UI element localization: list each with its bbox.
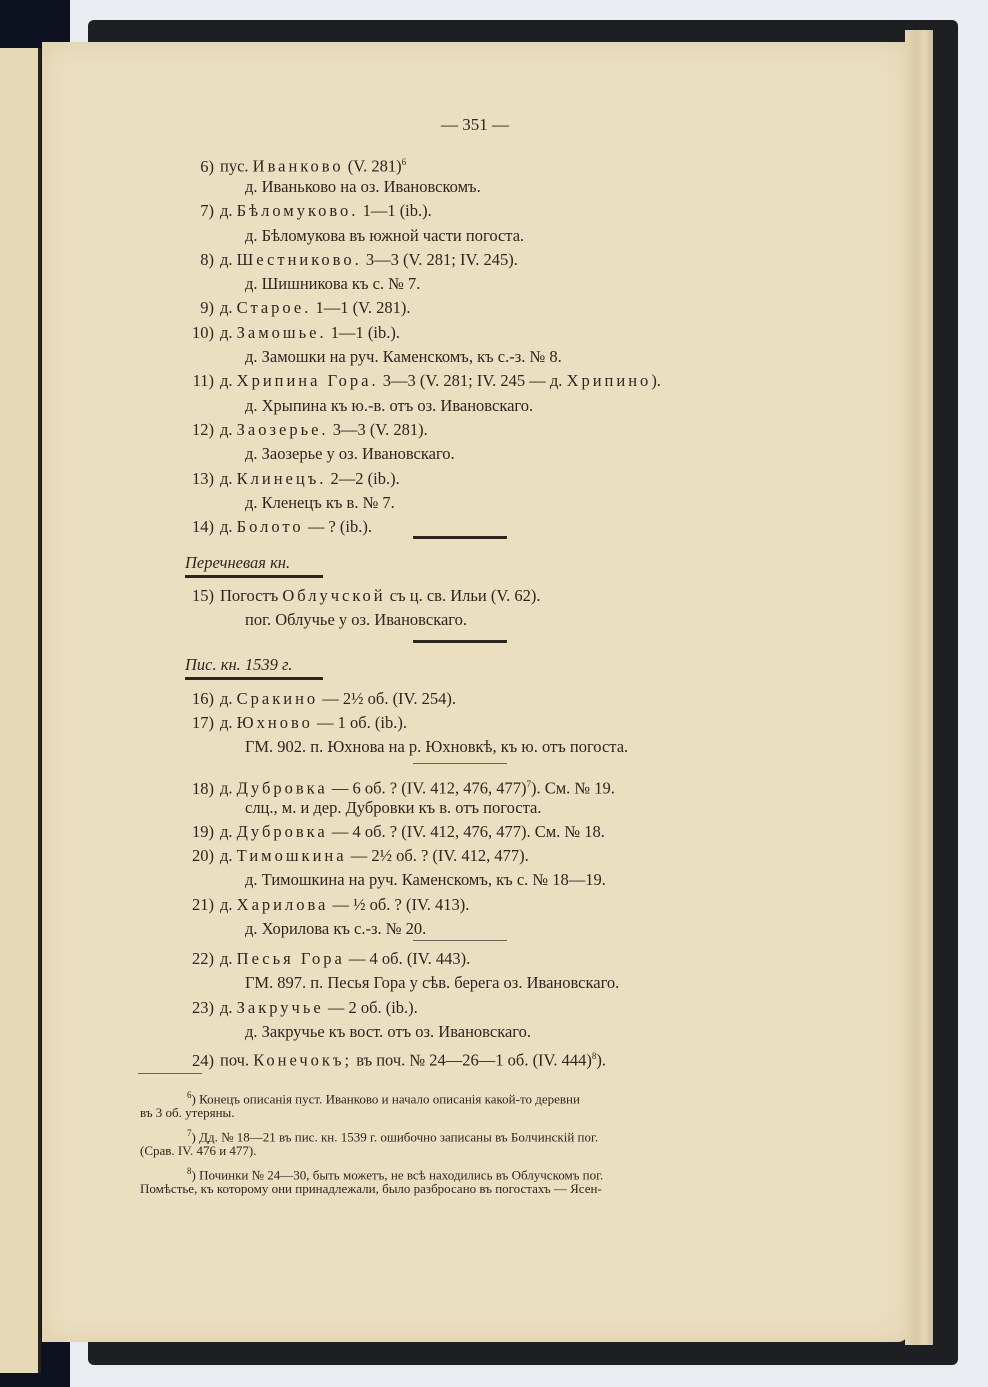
detail-text: д. Тимошкина на руч. Каменскомъ, къ с. №… xyxy=(245,870,606,889)
book-page: — 351 — 6)пус. Иванково (V. 281)6д. Иван… xyxy=(42,42,908,1342)
entry-number: 19) xyxy=(170,820,214,845)
place-name: Бѣломуково. xyxy=(237,201,359,220)
entry-line: 24)поч. Конечокъ; въ поч. № 24—26—1 об. … xyxy=(170,1044,606,1073)
entry-type: д. xyxy=(220,298,237,317)
entry-line: 15)Погостъ Облучской съ ц. св. Ильи (V. … xyxy=(170,584,540,609)
separator-rule xyxy=(413,536,507,539)
place-name: Дубровка xyxy=(237,822,328,841)
entry-ref: 3—3 (V. 281). xyxy=(329,420,428,439)
detail-text: д. Закручье къ вост. отъ оз. Ивановскаго… xyxy=(245,1022,531,1041)
entry-ref: — 1 об. (ib.). xyxy=(313,713,407,732)
entry-line: 14)д. Болото — ? (ib.). xyxy=(170,515,372,540)
entry-line: 19)д. Дубровка — 4 об. ? (IV. 412, 476, … xyxy=(170,820,605,845)
entry-number: 11) xyxy=(170,369,214,394)
entry-type: д. xyxy=(220,998,237,1017)
entry-ref: съ ц. св. Ильи (V. 62). xyxy=(386,586,541,605)
place-name: Клинецъ. xyxy=(237,469,327,488)
entry-detail: слц., м. и дер. Дубровки къ в. отъ погос… xyxy=(245,796,541,821)
entry-number: 12) xyxy=(170,418,214,443)
footnote-text: Конецъ описанія пуст. Иванково и начало … xyxy=(199,1091,580,1106)
entry-number: 21) xyxy=(170,893,214,918)
entry-number: 7) xyxy=(170,199,214,224)
entry-type: д. xyxy=(220,779,237,798)
entry-line: 8)д. Шестниково. 3—3 (V. 281; IV. 245). xyxy=(170,248,518,273)
entry-detail: д. Кленецъ къ в. № 7. xyxy=(245,491,395,516)
place-name: Иванково xyxy=(253,157,344,176)
detail-text: слц., м. и дер. Дубровки къ в. отъ погос… xyxy=(245,798,541,817)
entry-ref: — 2½ об. (IV. 254). xyxy=(318,689,456,708)
entry-detail: д. Иваньково на оз. Ивановскомъ. xyxy=(245,175,481,200)
separator-rule xyxy=(413,640,507,643)
entry-number: 18) xyxy=(170,777,214,802)
entry-type: д. xyxy=(220,420,237,439)
entry-line: 11)д. Хрипина Гора. 3—3 (V. 281; IV. 245… xyxy=(170,369,661,394)
entry-number: 20) xyxy=(170,844,214,869)
thin-separator xyxy=(413,940,507,941)
entry-type: д. xyxy=(220,713,237,732)
section-heading: Перечневая кн. xyxy=(185,553,290,573)
entry-type: д. xyxy=(220,895,237,914)
detail-text: ГМ. 897. п. Песья Гора у сѣв. берега оз.… xyxy=(245,973,619,992)
footnote-text: Дд. № 18—21 въ пис. кн. 1539 г. ошибочно… xyxy=(199,1129,598,1144)
entry-ref: — 6 об. ? (IV. 412, 476, 477) xyxy=(328,779,527,798)
place-name: Заозерье. xyxy=(237,420,329,439)
entry-ref: 1—1 (V. 281). xyxy=(311,298,410,317)
entry-type: д. xyxy=(220,201,237,220)
section-heading: Пис. кн. 1539 г. xyxy=(185,655,292,675)
footnote-text: Помѣстье, къ которому они принадлежали, … xyxy=(140,1181,602,1196)
entry-line: 9)д. Старое. 1—1 (V. 281). xyxy=(170,296,411,321)
entry-type: д. xyxy=(220,822,237,841)
entry-number: 16) xyxy=(170,687,214,712)
place-name: Песья Гора xyxy=(237,949,345,968)
detail-text: д. Хрыпина къ ю.-в. отъ оз. Ивановскаго. xyxy=(245,396,533,415)
detail-text: д. Кленецъ къ в. № 7. xyxy=(245,493,395,512)
heading-underline xyxy=(185,677,323,680)
detail-text: д. Бѣломукова въ южной части погоста. xyxy=(245,226,524,245)
entry-number: 6) xyxy=(170,155,214,180)
entry-number: 15) xyxy=(170,584,214,609)
page-number: — 351 — xyxy=(42,115,908,135)
entry-line: 13)д. Клинецъ. 2—2 (ib.). xyxy=(170,467,400,492)
entry-detail: д. Тимошкина на руч. Каменскомъ, къ с. №… xyxy=(245,868,606,893)
thin-separator xyxy=(413,763,507,764)
entry-detail: д. Хрыпина къ ю.-в. отъ оз. Ивановскаго. xyxy=(245,394,533,419)
place-name: Замошье. xyxy=(237,323,327,342)
footnote-line: Помѣстье, къ которому они принадлежали, … xyxy=(140,1180,602,1198)
entry-detail: д. Заозерье у оз. Ивановскаго. xyxy=(245,442,455,467)
place-name: Дубровка xyxy=(237,779,328,798)
entry-ref: (V. 281) xyxy=(344,157,402,176)
place-name-alt: Хрипино xyxy=(567,371,652,390)
entry-number: 13) xyxy=(170,467,214,492)
heading-underline xyxy=(185,575,323,578)
entry-detail: д. Замошки на руч. Каменскомъ, къ с.-з. … xyxy=(245,345,562,370)
entry-ref-end: ). xyxy=(596,1051,606,1070)
entry-type: поч. xyxy=(220,1051,253,1070)
facing-page xyxy=(0,48,41,1373)
entry-type: Погостъ xyxy=(220,586,282,605)
detail-text: д. Хорилова къ с.-з. № 20. xyxy=(245,919,426,938)
entry-ref: 3—3 (V. 281; IV. 245 — д. xyxy=(379,371,567,390)
entry-type: д. xyxy=(220,517,237,536)
entry-ref: — ½ об. ? (IV. 413). xyxy=(328,895,469,914)
entry-detail: д. Хорилова къ с.-з. № 20. xyxy=(245,917,426,942)
entry-number: 10) xyxy=(170,321,214,346)
entry-ref-end: ). xyxy=(651,371,661,390)
entry-type: д. xyxy=(220,469,237,488)
entry-ref: — 4 об. ? (IV. 412, 476, 477). См. № 18. xyxy=(328,822,605,841)
entry-type: пус. xyxy=(220,157,253,176)
entry-type: д. xyxy=(220,689,237,708)
entry-number: 23) xyxy=(170,996,214,1021)
footnote-line: (Срав. IV. 476 и 477). xyxy=(140,1142,257,1160)
place-name: Старое. xyxy=(237,298,312,317)
entry-line: 10)д. Замошье. 1—1 (ib.). xyxy=(170,321,400,346)
entry-detail: ГМ. 902. п. Юхнова на р. Юхновкѣ, къ ю. … xyxy=(245,735,628,760)
place-name: Тимошкина xyxy=(237,846,347,865)
footnote-text: (Срав. IV. 476 и 477). xyxy=(140,1143,257,1158)
place-name: Закручье xyxy=(237,998,324,1017)
footnote-ref: 6 xyxy=(402,157,407,167)
entry-ref: — ? (ib.). xyxy=(304,517,372,536)
entry-type: д. xyxy=(220,250,237,269)
entry-line: 17)д. Юхново — 1 об. (ib.). xyxy=(170,711,407,736)
place-name: Юхново xyxy=(237,713,313,732)
entry-number: 14) xyxy=(170,515,214,540)
place-name: Болото xyxy=(237,517,304,536)
footnote-line: 6) Конецъ описанія пуст. Иванково и нача… xyxy=(187,1086,580,1108)
detail-text: д. Шишникова къ с. № 7. xyxy=(245,274,420,293)
entry-ref: 1—1 (ib.). xyxy=(327,323,400,342)
entry-type: д. xyxy=(220,949,237,968)
entry-ref: — 4 об. (IV. 443). xyxy=(345,949,470,968)
footnote-rule xyxy=(138,1073,202,1074)
entry-ref: 1—1 (ib.). xyxy=(358,201,431,220)
entry-detail: пог. Облучье у оз. Ивановскаго. xyxy=(245,608,467,633)
entry-line: 21)д. Харилова — ½ об. ? (IV. 413). xyxy=(170,893,469,918)
entry-number: 9) xyxy=(170,296,214,321)
entry-line: 16)д. Сракино — 2½ об. (IV. 254). xyxy=(170,687,456,712)
entry-detail: д. Закручье къ вост. отъ оз. Ивановскаго… xyxy=(245,1020,531,1045)
entry-ref-end: ). См. № 19. xyxy=(531,779,615,798)
entry-ref: — 2½ об. ? (IV. 412, 477). xyxy=(347,846,529,865)
entry-ref: 3—3 (V. 281; IV. 245). xyxy=(362,250,518,269)
footnote-text: въ 3 об. утеряны. xyxy=(140,1105,235,1120)
entry-line: 22)д. Песья Гора — 4 об. (IV. 443). xyxy=(170,947,470,972)
entry-ref: въ поч. № 24—26—1 об. (IV. 444) xyxy=(352,1051,592,1070)
entry-number: 17) xyxy=(170,711,214,736)
detail-text: д. Иваньково на оз. Ивановскомъ. xyxy=(245,177,481,196)
entry-ref: — 2 об. (ib.). xyxy=(324,998,418,1017)
place-name: Харилова xyxy=(237,895,329,914)
entry-type: д. xyxy=(220,323,237,342)
place-name: Шестниково. xyxy=(237,250,362,269)
entry-line: 20)д. Тимошкина — 2½ об. ? (IV. 412, 477… xyxy=(170,844,529,869)
entry-number: 24) xyxy=(170,1049,214,1074)
entry-type: д. xyxy=(220,371,237,390)
entry-detail: ГМ. 897. п. Песья Гора у сѣв. берега оз.… xyxy=(245,971,619,996)
place-name: Конечокъ; xyxy=(253,1051,352,1070)
entry-line: 23)д. Закручье — 2 об. (ib.). xyxy=(170,996,418,1021)
entry-line: 7)д. Бѣломуково. 1—1 (ib.). xyxy=(170,199,432,224)
entry-detail: д. Шишникова къ с. № 7. xyxy=(245,272,420,297)
entry-number: 22) xyxy=(170,947,214,972)
detail-text: ГМ. 902. п. Юхнова на р. Юхновкѣ, къ ю. … xyxy=(245,737,628,756)
entry-detail: д. Бѣломукова въ южной части погоста. xyxy=(245,224,524,249)
entry-number: 8) xyxy=(170,248,214,273)
detail-text: д. Замошки на руч. Каменскомъ, къ с.-з. … xyxy=(245,347,562,366)
place-name: Облучской xyxy=(282,586,385,605)
footnote-line: въ 3 об. утеряны. xyxy=(140,1104,235,1122)
detail-text: д. Заозерье у оз. Ивановскаго. xyxy=(245,444,455,463)
detail-text: пог. Облучье у оз. Ивановскаго. xyxy=(245,610,467,629)
place-name: Хрипина Гора. xyxy=(237,371,379,390)
entry-type: д. xyxy=(220,846,237,865)
place-name: Сракино xyxy=(237,689,319,708)
entry-line: 12)д. Заозерье. 3—3 (V. 281). xyxy=(170,418,428,443)
entry-ref: 2—2 (ib.). xyxy=(326,469,399,488)
page-edges xyxy=(905,30,933,1345)
